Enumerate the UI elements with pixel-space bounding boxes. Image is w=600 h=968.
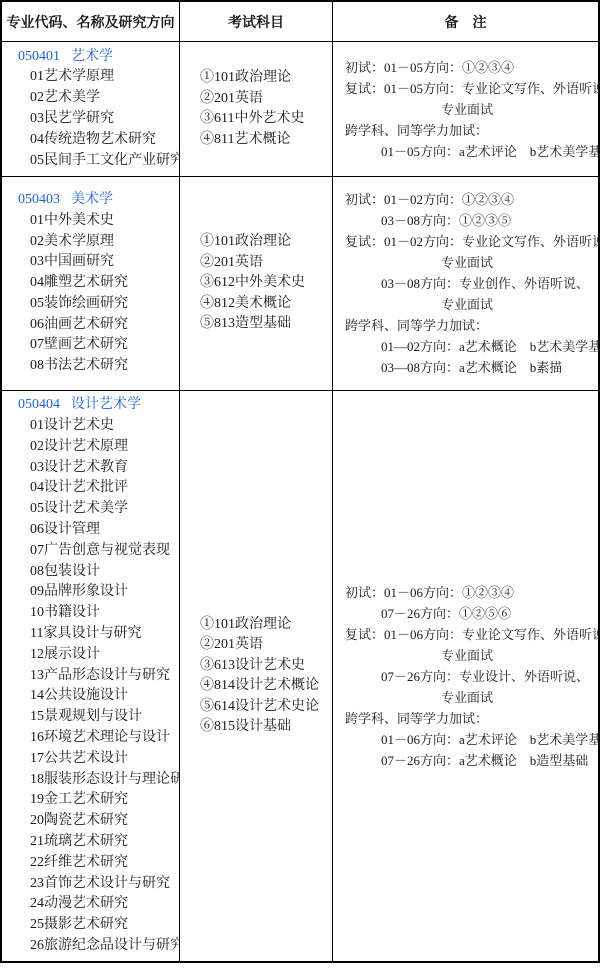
section-1-code: 050403 <box>18 192 60 207</box>
remark-line: 01－05方向：a艺术评论 b艺术美学基础 <box>333 141 598 162</box>
remark-line: 03—08方向：a艺术概论 b素描 <box>333 357 598 378</box>
remark-line: 专业面试 <box>333 645 598 666</box>
direction-item: 07广告创意与视觉表现 <box>2 541 179 562</box>
exam-subject-item: ②201英语 <box>200 635 332 656</box>
exam-subject-item: ④814设计艺术概论 <box>200 676 332 697</box>
remark-line: 03－08方向：专业创作、外语听说、 <box>333 273 598 294</box>
direction-item: 14公共设施设计 <box>2 686 179 707</box>
direction-item: 03设计艺术教育 <box>2 458 179 479</box>
section-1-title: 050403美术学 <box>2 190 179 211</box>
direction-item: 04设计艺术批评 <box>2 478 179 499</box>
remark-line: 跨学科、同等学力加试： <box>333 120 598 141</box>
header-major-label: 专业代码、名称及研究方向 <box>7 12 175 32</box>
exam-subject-item: ②201英语 <box>200 89 332 110</box>
direction-item: 16环境艺术理论与设计 <box>2 728 179 749</box>
section-0-majors-cell: 050401艺术学 01艺术学原理 02艺术美学 03民艺学研究 04传统造物艺… <box>2 42 180 177</box>
exam-subject-item: ①101政治理论 <box>200 232 332 253</box>
header-subjects-label: 考试科目 <box>228 12 284 32</box>
direction-item: 12展示设计 <box>2 645 179 666</box>
exam-subject-item: ①101政治理论 <box>200 615 332 636</box>
remark-line: 跨学科、同等学力加试： <box>333 708 598 729</box>
direction-item: 06油画艺术研究 <box>2 315 179 336</box>
section-0-remarks-cell: 初试：01－05方向：①②③④ 复试：01－05方向：专业论文写作、外语听说、 … <box>333 42 598 177</box>
direction-item: 21琉璃艺术研究 <box>2 832 179 853</box>
direction-item: 13产品形态设计与研究 <box>2 666 179 687</box>
direction-item: 01设计艺术史 <box>2 416 179 437</box>
section-2-subjects-cell: ①101政治理论 ②201英语 ③613设计艺术史 ④814设计艺术概论 ⑤61… <box>180 391 333 961</box>
section-1-majors-cell: 050403美术学 01中外美术史 02美术学原理 03中国画研究 04雕塑艺术… <box>2 177 180 391</box>
direction-item: 10书籍设计 <box>2 603 179 624</box>
exam-subject-item: ②201英语 <box>200 253 332 274</box>
header-subjects-column: 考试科目 <box>180 2 333 42</box>
direction-item: 18服装形态设计与理论研究 <box>2 770 179 791</box>
remark-line: 初试：01－06方向：①②③④ <box>333 582 598 603</box>
exam-subject-item: ①101政治理论 <box>200 68 332 89</box>
exam-subject-item: ③613设计艺术史 <box>200 656 332 677</box>
section-0-name: 艺术学 <box>71 49 113 64</box>
section-2-code: 050404 <box>18 397 60 412</box>
direction-item: 05民间手工文化产业研究 <box>2 151 179 172</box>
remark-line: 07－26方向：①②⑤⑥ <box>333 603 598 624</box>
header-remarks-label: 备 注 <box>445 12 487 32</box>
section-0-title: 050401艺术学 <box>2 47 179 68</box>
admissions-table: 专业代码、名称及研究方向 考试科目 备 注 050401艺术学 01艺术学原理 … <box>0 0 600 963</box>
direction-item: 03民艺学研究 <box>2 109 179 130</box>
section-0-subjects-cell: ①101政治理论 ②201英语 ③611中外艺术史 ④811艺术概论 <box>180 42 333 177</box>
remark-line: 跨学科、同等学力加试： <box>333 315 598 336</box>
exam-subject-item: ⑥815设计基础 <box>200 717 332 738</box>
direction-item: 09品牌形象设计 <box>2 582 179 603</box>
section-2-majors-cell: 050404设计艺术学 01设计艺术史 02设计艺术原理 03设计艺术教育 04… <box>2 391 180 961</box>
remark-line: 复试：01－05方向：专业论文写作、外语听说、 <box>333 78 598 99</box>
direction-item: 08包装设计 <box>2 562 179 583</box>
remark-line: 初试：01－02方向：①②③④ <box>333 189 598 210</box>
section-2-title: 050404设计艺术学 <box>2 395 179 416</box>
direction-item: 22纤维艺术研究 <box>2 853 179 874</box>
direction-item: 04雕塑艺术研究 <box>2 273 179 294</box>
direction-item: 05设计艺术美学 <box>2 499 179 520</box>
direction-item: 15景观规划与设计 <box>2 707 179 728</box>
direction-item: 25摄影艺术研究 <box>2 915 179 936</box>
exam-subject-item: ⑤614设计艺术史论 <box>200 697 332 718</box>
direction-item: 02设计艺术原理 <box>2 437 179 458</box>
remark-line: 07－26方向：专业设计、外语听说、 <box>333 666 598 687</box>
remark-line: 专业面试 <box>333 687 598 708</box>
remark-line: 复试：01－06方向：专业论文写作、外语听说、 <box>333 624 598 645</box>
direction-item: 17公共艺术设计 <box>2 749 179 770</box>
remark-line: 03－08方向：①②③⑤ <box>333 210 598 231</box>
direction-item: 19金工艺术研究 <box>2 790 179 811</box>
section-2-name: 设计艺术学 <box>71 397 141 412</box>
remark-line: 01－06方向：a艺术评论 b艺术美学基础 <box>333 729 598 750</box>
remark-line: 专业面试 <box>333 99 598 120</box>
section-0-code: 050401 <box>18 49 60 64</box>
exam-subject-item: ③611中外艺术史 <box>200 109 332 130</box>
direction-item: 06设计管理 <box>2 520 179 541</box>
exam-subject-item: ④812美术概论 <box>200 294 332 315</box>
direction-item: 01中外美术史 <box>2 211 179 232</box>
direction-item: 26旅游纪念品设计与研究 <box>2 936 179 957</box>
direction-item: 05装饰绘画研究 <box>2 294 179 315</box>
section-1-remarks-cell: 初试：01－02方向：①②③④ 03－08方向：①②③⑤ 复试：01－02方向：… <box>333 177 598 391</box>
exam-subject-item: ④811艺术概论 <box>200 130 332 151</box>
direction-item: 04传统造物艺术研究 <box>2 130 179 151</box>
remark-line: 07－26方向：a艺术概论 b造型基础 <box>333 750 598 771</box>
direction-item: 07壁画艺术研究 <box>2 335 179 356</box>
remark-line: 01—02方向：a艺术概论 b艺术美学基础 <box>333 336 598 357</box>
direction-item: 02美术学原理 <box>2 232 179 253</box>
exam-subject-item: ③612中外美术史 <box>200 273 332 294</box>
direction-item: 03中国画研究 <box>2 252 179 273</box>
remark-line: 初试：01－05方向：①②③④ <box>333 57 598 78</box>
remark-line: 复试：01－02方向：专业论文写作、外语听说、 <box>333 231 598 252</box>
remark-line: 专业面试 <box>333 252 598 273</box>
direction-item: 24动漫艺术研究 <box>2 894 179 915</box>
direction-item: 08书法艺术研究 <box>2 356 179 377</box>
direction-item: 01艺术学原理 <box>2 67 179 88</box>
section-1-name: 美术学 <box>71 192 113 207</box>
remark-line: 专业面试 <box>333 294 598 315</box>
header-remarks-column: 备 注 <box>333 2 598 42</box>
direction-item: 20陶瓷艺术研究 <box>2 811 179 832</box>
direction-item: 23首饰艺术设计与研究 <box>2 874 179 895</box>
section-1-subjects-cell: ①101政治理论 ②201英语 ③612中外美术史 ④812美术概论 ⑤813造… <box>180 177 333 391</box>
exam-subject-item: ⑤813造型基础 <box>200 314 332 335</box>
section-2-remarks-cell: 初试：01－06方向：①②③④ 07－26方向：①②⑤⑥ 复试：01－06方向：… <box>333 391 598 961</box>
header-major-column: 专业代码、名称及研究方向 <box>2 2 180 42</box>
direction-item: 02艺术美学 <box>2 88 179 109</box>
direction-item: 11家具设计与研究 <box>2 624 179 645</box>
